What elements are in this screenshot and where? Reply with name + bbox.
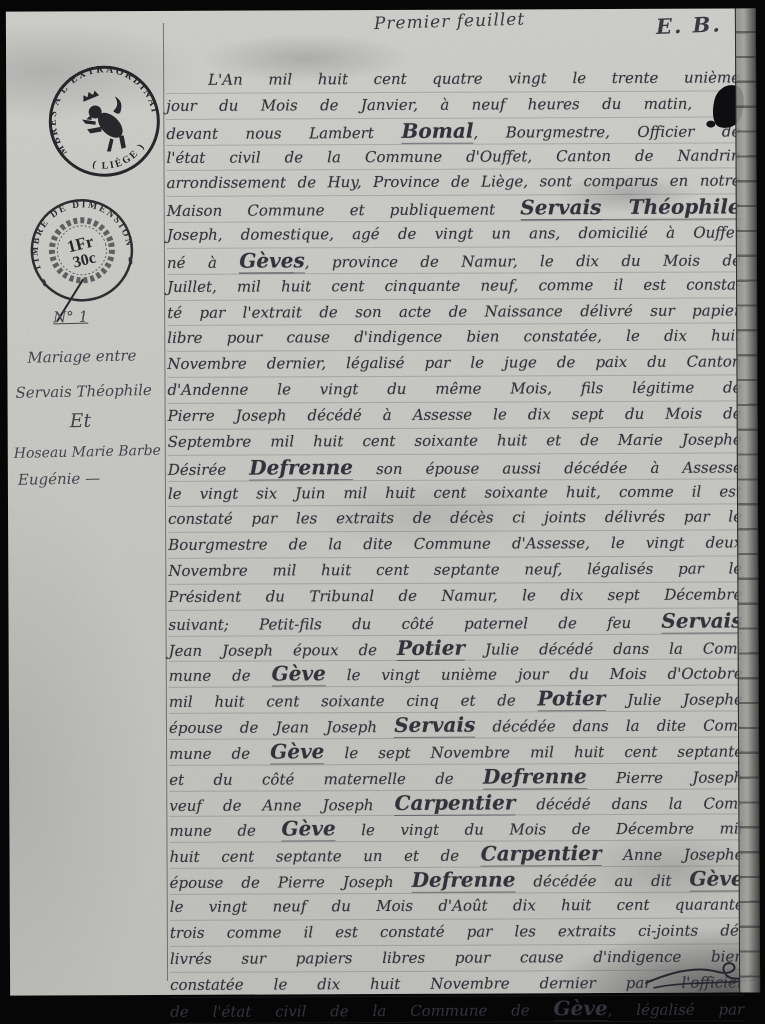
emphasized-name: Servais xyxy=(520,195,601,220)
body-line: Bourgmestre de la dite Commune d'Assesse… xyxy=(168,531,742,559)
stamp-extraordinaire-group: TIMBRES A L'EXTRAORDINAIRE ( LIÉGE ) xyxy=(46,63,163,180)
body-line: né à Gèves, province de Namur, le dix du… xyxy=(167,246,741,274)
margin-note: Mariage entre xyxy=(27,346,165,367)
ruled-line-ticks xyxy=(736,8,760,992)
ink-blot-dot xyxy=(706,121,715,128)
body-text: L'An mil huit cent quatre vingt le trent… xyxy=(166,65,744,1024)
body-line: épouse de Pierre Joseph Defrenne décédée… xyxy=(170,867,744,895)
revenue-stamp-dimension: TIMBRE DE DIMENSION 1Fr 30c xyxy=(29,197,135,303)
body-line: constaté par les extraits de décès ci jo… xyxy=(168,505,742,533)
body-line: Novembre mil huit cent septante neuf, lé… xyxy=(168,556,742,584)
margin-note: Hoseau Marie Barbe xyxy=(14,443,166,462)
emphasized-name: Gève xyxy=(270,739,324,764)
scanned-register-page: Premier feuillet E. B. TIMBRES A L'EXTRA… xyxy=(0,0,765,1024)
emphasized-name: Servais xyxy=(394,713,475,738)
body-line: de l'état civil de la Commune de Gève, l… xyxy=(170,996,744,1024)
margin-note: Eugénie — xyxy=(18,468,166,489)
body-line: le vingt neuf du Mois d'Août dix huit ce… xyxy=(170,892,744,920)
emphasized-name: Defrenne xyxy=(483,764,587,789)
svg-text:TIMBRES A L'EXTRAORDINAIRE: TIMBRES A L'EXTRAORDINAIRE xyxy=(46,63,163,158)
emphasized-name: Defrenne xyxy=(412,868,516,893)
body-line: d'Andenne le vingt du même Mois, fils lé… xyxy=(167,376,741,404)
next-page-edge-strip xyxy=(735,8,760,992)
body-line: mil huit cent soixante cinq et de Potier… xyxy=(169,686,743,714)
emphasized-name: Carpentier xyxy=(395,790,516,816)
emphasized-name: Servais Théophile xyxy=(520,195,741,221)
body-line: trois comme il est constaté par les extr… xyxy=(170,918,744,946)
stamp-dimension-group: TIMBRE DE DIMENSION 1Fr 30c xyxy=(29,197,135,303)
stamp-extraordinaire-arc-top-text: TIMBRES A L'EXTRAORDINAIRE xyxy=(46,63,163,158)
body-line: épouse de Jean Joseph Servais décédée da… xyxy=(169,712,743,740)
body-line: Juillet, mil huit cent cinquante neuf, c… xyxy=(167,272,741,300)
emphasized-name: Gève xyxy=(689,867,743,892)
body-line: suivant; Petit-fils du côté paternel de … xyxy=(168,608,742,636)
revenue-stamp-extraordinaire: TIMBRES A L'EXTRAORDINAIRE ( LIÉGE ) xyxy=(46,63,163,180)
emphasized-name: Gève xyxy=(281,817,335,842)
margin-note: Servais Théophile xyxy=(15,381,165,402)
emphasized-name: Defrenne xyxy=(249,455,353,480)
body-line: Président du Tribunal de Namur, le dix s… xyxy=(168,582,742,610)
margin-notes: N° 1Mariage entreServais ThéophileEtHose… xyxy=(13,307,166,488)
body-line: Pierre Joseph décédé à Assesse le dix se… xyxy=(168,401,742,429)
emphasized-name: Gèves xyxy=(239,248,305,273)
body-line: L'An mil huit cent quatre vingt le trent… xyxy=(166,65,740,93)
body-line: huit cent septante un et de Carpentier A… xyxy=(169,841,743,869)
body-line: té par l'extrait de son acte de Naissanc… xyxy=(167,298,741,326)
emphasized-name: Servais xyxy=(661,608,742,633)
body-line: l'état civil de la Commune d'Ouffet, Can… xyxy=(166,143,740,171)
body-line: mune de Gève le vingt unième jour du Moi… xyxy=(169,660,743,688)
crowned-lion-rampant-icon xyxy=(73,82,137,159)
body-line: Maison Commune et publiquement Servais T… xyxy=(167,195,741,223)
body-line: arrondissement de Huy, Province de Liège… xyxy=(167,169,741,197)
clerk-initials: E. B. xyxy=(655,11,722,39)
emphasized-name: Carpentier xyxy=(481,841,602,867)
page-title: Premier feuillet xyxy=(374,7,614,34)
emphasized-name: Potier xyxy=(397,635,465,660)
body-line: Novembre dernier, légalisé par le juge d… xyxy=(167,350,741,378)
emphasized-name: Potier xyxy=(537,686,605,711)
body-line: le vingt six Juin mil huit cent soixante… xyxy=(168,479,742,507)
margin-note: N° 1 xyxy=(53,306,165,326)
body-line: et du côté maternelle de Defrenne Pierre… xyxy=(169,763,743,791)
body-line: Jean Joseph époux de Potier Julie décédé… xyxy=(169,634,743,662)
body-line: Joseph, domestique, agé de vingt un ans,… xyxy=(167,220,741,248)
emphasized-name: Gève xyxy=(553,996,607,1021)
body-line: Désirée Defrenne son épouse aussi décédé… xyxy=(168,453,742,481)
body-line: veuf de Anne Joseph Carpentier décédé da… xyxy=(169,789,743,817)
emphasized-name: Bomal xyxy=(401,118,473,143)
body-line: mune de Gève le sept Novembre mil huit c… xyxy=(169,737,743,765)
body-line: libre pour cause d'indigence bien consta… xyxy=(167,324,741,352)
paper-sheet: Premier feuillet E. B. TIMBRES A L'EXTRA… xyxy=(6,8,759,995)
body-line: jour du Mois de Janvier, à neuf heures d… xyxy=(166,91,740,119)
margin-note: Et xyxy=(69,408,165,432)
emphasized-name: Gève xyxy=(272,662,326,687)
body-line: devant nous Lambert Bomal, Bourgmestre, … xyxy=(166,117,740,145)
body-line: mune de Gève le vingt du Mois de Décembr… xyxy=(169,815,743,843)
body-line: Septembre mil huit cent soixante huit et… xyxy=(168,427,742,455)
emphasized-name: Gève xyxy=(239,248,293,273)
